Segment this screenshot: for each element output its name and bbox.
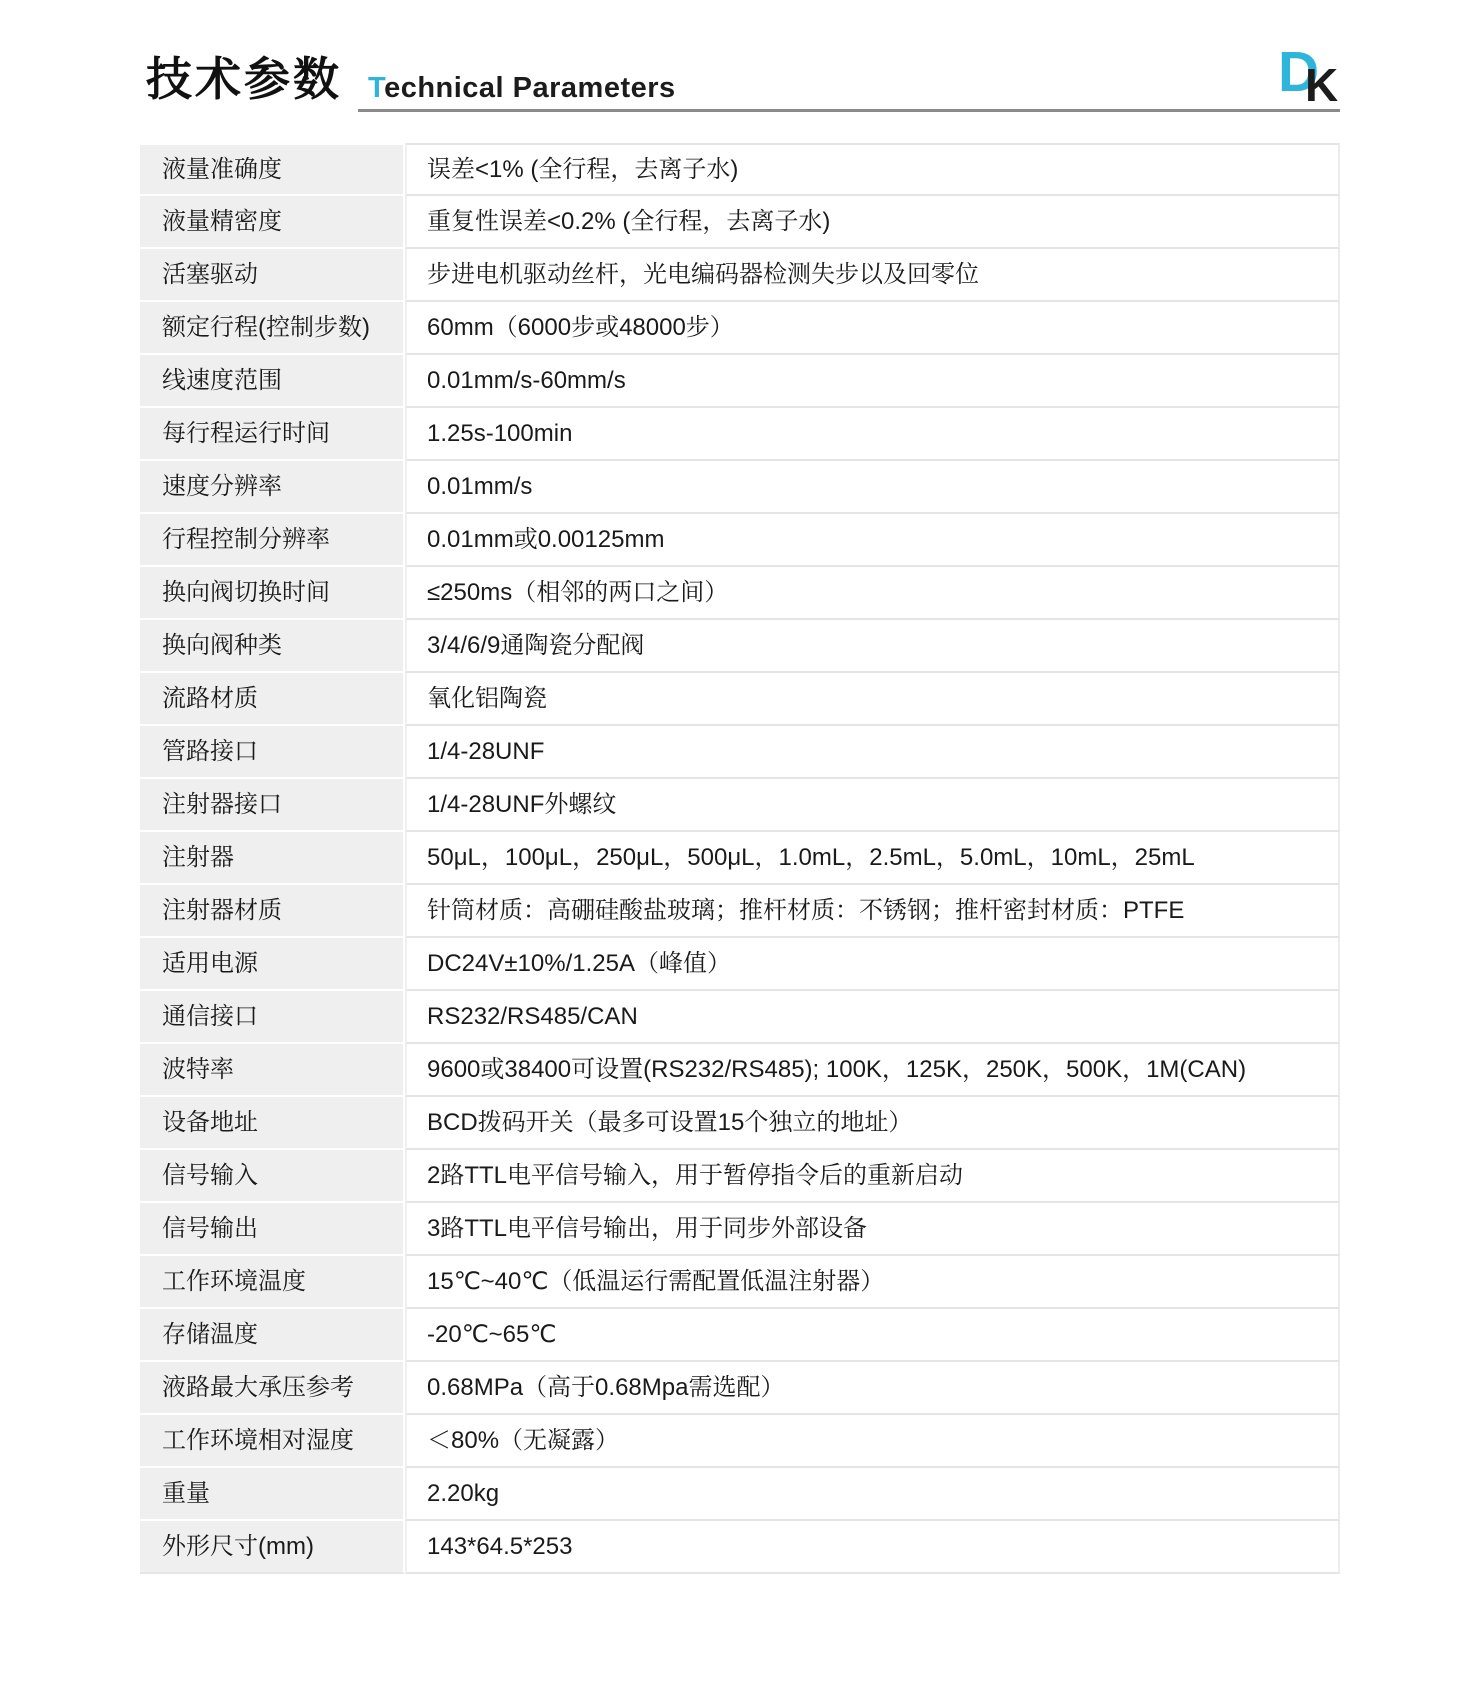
param-value-cell: 针筒材质：高硼硅酸盐玻璃；推杆材质：不锈钢；推杆密封材质：PTFE [405, 885, 1340, 938]
param-value-cell: 0.68MPa（高于0.68Mpa需选配） [405, 1362, 1340, 1415]
table-row: 每行程运行时间 1.25s-100min [140, 408, 1340, 461]
param-name-cell: 信号输出 [140, 1203, 405, 1256]
param-name-cell: 速度分辨率 [140, 461, 405, 514]
param-name-cell: 注射器 [140, 832, 405, 885]
param-name-cell: 液路最大承压参考 [140, 1362, 405, 1415]
param-name-cell: 注射器材质 [140, 885, 405, 938]
param-name-cell: 存储温度 [140, 1309, 405, 1362]
table-row: 工作环境温度 15℃~40℃（低温运行需配置低温注射器） [140, 1256, 1340, 1309]
param-name-cell: 线速度范围 [140, 355, 405, 408]
param-name-cell: 换向阀种类 [140, 620, 405, 673]
table-row: 波特率 9600或38400可设置(RS232/RS485); 100K，125… [140, 1044, 1340, 1097]
table-row: 换向阀种类 3/4/6/9通陶瓷分配阀 [140, 620, 1340, 673]
param-value-cell: BCD拨码开关（最多可设置15个独立的地址） [405, 1097, 1340, 1150]
table-row: 线速度范围 0.01mm/s-60mm/s [140, 355, 1340, 408]
param-value-cell: 3路TTL电平信号输出，用于同步外部设备 [405, 1203, 1340, 1256]
logo-letter-k: K [1305, 62, 1338, 108]
param-value-cell: DC24V±10%/1.25A（峰值） [405, 938, 1340, 991]
page-title-en: Technical Parameters [368, 74, 676, 103]
param-value-cell: 0.01mm/s [405, 461, 1340, 514]
table-row: 通信接口 RS232/RS485/CAN [140, 991, 1340, 1044]
table-row: 外形尺寸(mm) 143*64.5*253 [140, 1521, 1340, 1574]
param-name-cell: 液量精密度 [140, 196, 405, 249]
table-row: 设备地址 BCD拨码开关（最多可设置15个独立的地址） [140, 1097, 1340, 1150]
param-value-cell: 1/4-28UNF [405, 726, 1340, 779]
param-name-cell: 工作环境温度 [140, 1256, 405, 1309]
table-row: 适用电源 DC24V±10%/1.25A（峰值） [140, 938, 1340, 991]
table-row: 速度分辨率 0.01mm/s [140, 461, 1340, 514]
table-row: 注射器接口 1/4-28UNF外螺纹 [140, 779, 1340, 832]
param-name-cell: 工作环境相对湿度 [140, 1415, 405, 1468]
table-row: 注射器 50μL，100μL，250μL，500μL，1.0mL，2.5mL，5… [140, 832, 1340, 885]
param-name-cell: 设备地址 [140, 1097, 405, 1150]
table-row: 换向阀切换时间 ≤250ms（相邻的两口之间） [140, 567, 1340, 620]
param-value-cell: 重复性误差<0.2% (全行程，去离子水) [405, 196, 1340, 249]
param-name-cell: 通信接口 [140, 991, 405, 1044]
param-name-cell: 管路接口 [140, 726, 405, 779]
table-row: 管路接口 1/4-28UNF [140, 726, 1340, 779]
table-row: 重量 2.20kg [140, 1468, 1340, 1521]
param-name-cell: 每行程运行时间 [140, 408, 405, 461]
page-title-en-rest: echnical Parameters [384, 72, 676, 104]
page-header: 技术参数 Technical Parameters D K [140, 48, 1340, 112]
param-value-cell: 9600或38400可设置(RS232/RS485); 100K，125K，25… [405, 1044, 1340, 1097]
param-name-cell: 行程控制分辨率 [140, 514, 405, 567]
page-title-zh: 技术参数 [146, 52, 342, 107]
param-name-cell: 流路材质 [140, 673, 405, 726]
spec-table: 液量准确度 误差<1% (全行程，去离子水) 液量精密度 重复性误差<0.2% … [140, 143, 1340, 1574]
table-row: 行程控制分辨率 0.01mm或0.00125mm [140, 514, 1340, 567]
table-row: 液量准确度 误差<1% (全行程，去离子水) [140, 143, 1340, 196]
table-row: 额定行程(控制步数) 60mm（6000步或48000步） [140, 302, 1340, 355]
param-value-cell: 3/4/6/9通陶瓷分配阀 [405, 620, 1340, 673]
param-value-cell: 0.01mm/s-60mm/s [405, 355, 1340, 408]
table-row: 工作环境相对湿度 ＜80%（无凝露） [140, 1415, 1340, 1468]
param-value-cell: ＜80%（无凝露） [405, 1415, 1340, 1468]
param-name-cell: 额定行程(控制步数) [140, 302, 405, 355]
param-value-cell: 步进电机驱动丝杆，光电编码器检测失步以及回零位 [405, 249, 1340, 302]
table-row: 流路材质 氧化铝陶瓷 [140, 673, 1340, 726]
param-value-cell: 1/4-28UNF外螺纹 [405, 779, 1340, 832]
param-name-cell: 外形尺寸(mm) [140, 1521, 405, 1574]
table-row: 活塞驱动 步进电机驱动丝杆，光电编码器检测失步以及回零位 [140, 249, 1340, 302]
param-value-cell: 143*64.5*253 [405, 1521, 1340, 1574]
title-underline [358, 109, 1340, 112]
table-row: 存储温度 -20℃~65℃ [140, 1309, 1340, 1362]
param-value-cell: 60mm（6000步或48000步） [405, 302, 1340, 355]
table-row: 信号输出 3路TTL电平信号输出，用于同步外部设备 [140, 1203, 1340, 1256]
param-name-cell: 信号输入 [140, 1150, 405, 1203]
page-title-en-initial: T [368, 72, 384, 104]
brand-logo: D K [1278, 52, 1346, 116]
table-row: 液量精密度 重复性误差<0.2% (全行程，去离子水) [140, 196, 1340, 249]
table-row: 注射器材质 针筒材质：高硼硅酸盐玻璃；推杆材质：不锈钢；推杆密封材质：PTFE [140, 885, 1340, 938]
param-value-cell: 0.01mm或0.00125mm [405, 514, 1340, 567]
param-value-cell: 氧化铝陶瓷 [405, 673, 1340, 726]
param-name-cell: 液量准确度 [140, 143, 405, 196]
param-value-cell: 15℃~40℃（低温运行需配置低温注射器） [405, 1256, 1340, 1309]
param-value-cell: ≤250ms（相邻的两口之间） [405, 567, 1340, 620]
table-row: 液路最大承压参考 0.68MPa（高于0.68Mpa需选配） [140, 1362, 1340, 1415]
param-name-cell: 波特率 [140, 1044, 405, 1097]
table-row: 信号输入 2路TTL电平信号输入，用于暂停指令后的重新启动 [140, 1150, 1340, 1203]
param-value-cell: RS232/RS485/CAN [405, 991, 1340, 1044]
param-value-cell: 1.25s-100min [405, 408, 1340, 461]
param-name-cell: 注射器接口 [140, 779, 405, 832]
param-name-cell: 适用电源 [140, 938, 405, 991]
param-value-cell: 50μL，100μL，250μL，500μL，1.0mL，2.5mL，5.0mL… [405, 832, 1340, 885]
param-name-cell: 活塞驱动 [140, 249, 405, 302]
param-value-cell: 误差<1% (全行程，去离子水) [405, 143, 1340, 196]
param-value-cell: 2路TTL电平信号输入，用于暂停指令后的重新启动 [405, 1150, 1340, 1203]
param-name-cell: 重量 [140, 1468, 405, 1521]
param-name-cell: 换向阀切换时间 [140, 567, 405, 620]
param-value-cell: -20℃~65℃ [405, 1309, 1340, 1362]
param-value-cell: 2.20kg [405, 1468, 1340, 1521]
